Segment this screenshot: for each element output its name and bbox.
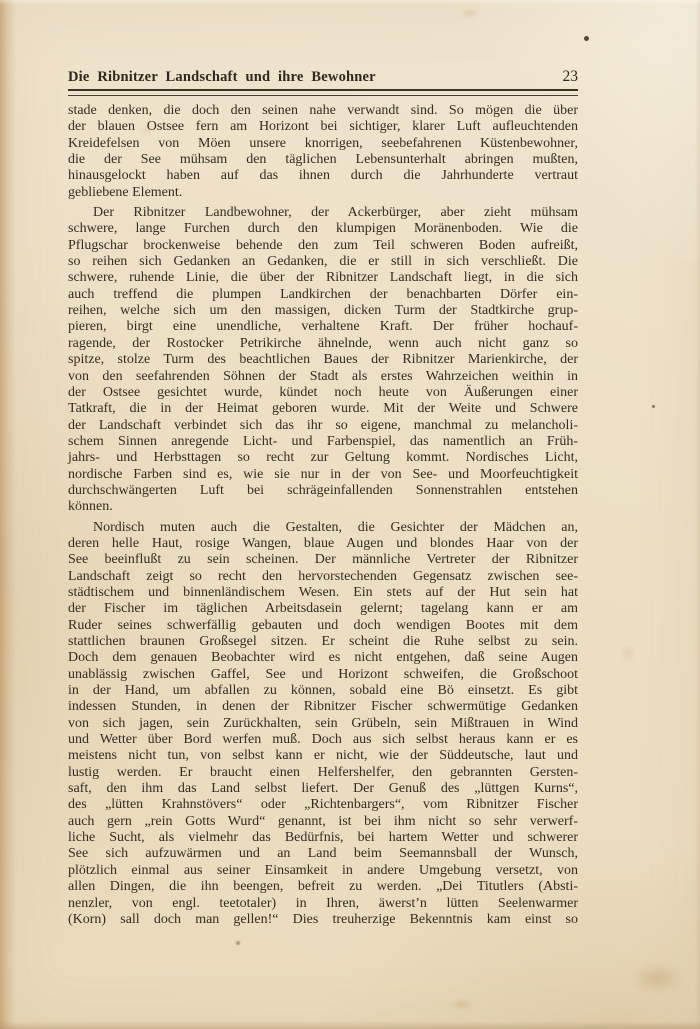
text-line: gebliebene Element. [68, 185, 578, 201]
text-line: auch gern „rein Gotts Wurd“ genannt, ist… [68, 814, 578, 830]
text-line: schem Sinnen anregende Licht- und Farben… [68, 434, 578, 450]
text-line: (Korn) sall doch man gellen!“ Dies treuh… [68, 912, 578, 928]
text-line: hinausgelockt haben auf das ihnen durch … [68, 168, 578, 184]
text-line: Nordisch muten auch die Gestalten, die G… [68, 520, 578, 536]
text-line: nenzler, von engl. teetotaler) in Ihren,… [68, 896, 578, 912]
paragraph: Der Ribnitzer Landbewohner, der Ackerbür… [68, 205, 578, 516]
text-line: der Fischer im täglichen Arbeitsdasein g… [68, 601, 578, 617]
text-line: saft, den ihm das Land selbst liefert. D… [68, 781, 578, 797]
page-number: 23 [563, 68, 579, 86]
text-line: können. [68, 499, 578, 515]
text-line: der blauen Ostsee fern am Horizont bei s… [68, 119, 578, 135]
text-line: die der See mühsam den täglichen Lebensu… [68, 152, 578, 168]
text-line: Landschaft zeigt so recht den hervorstec… [68, 569, 578, 585]
running-head: Die Ribnitzer Landschaft und ihre Bewohn… [68, 68, 578, 86]
text-line: allen Dingen, die ihn beengen, befreit z… [68, 879, 578, 895]
text-line: Ruder seines schwerfällig gebauten und d… [68, 618, 578, 634]
text-line: jahrs- und Herbsttagen so recht zur Gelt… [68, 450, 578, 466]
paragraph: stade denken, die doch den seinen nahe v… [68, 103, 578, 201]
paper-stain [450, 998, 474, 1011]
paper-stain [460, 8, 478, 18]
text-line: von sich jagen, sein Zurückhalten, sein … [68, 716, 578, 732]
text-line: der Landschaft verbindet sich das ihr so… [68, 418, 578, 434]
text-line: meistens nicht tun, von selbst kann er n… [68, 748, 578, 764]
text-line: so reihen sich Gedanken an Gedanken, die… [68, 254, 578, 270]
text-line: pieren, birgt eine unendliche, verhalten… [68, 319, 578, 335]
text-line: reihen, welche sich um den massigen, dic… [68, 303, 578, 319]
text-line: ragende, der Rostocker Petrikirche ähnel… [68, 336, 578, 352]
text-line: durchschwängerten Luft bei schrägeinfall… [68, 483, 578, 499]
text-line: Pflugschar brockenweise behende den zum … [68, 238, 578, 254]
text-line: spitze, stolze Turm des beachtlichen Bau… [68, 352, 578, 368]
text-line: indessen Stunden, in denen der Ribnitzer… [68, 699, 578, 715]
text-line: städtischem und binnenländischem Wesen. … [68, 585, 578, 601]
text-line: auch treffend die plumpen Landkirchen de… [68, 287, 578, 303]
text-line: nordische Farben sind es, wie sie nur in… [68, 467, 578, 483]
scanned-book-page: Die Ribnitzer Landschaft und ihre Bewohn… [0, 0, 700, 1029]
text-line: der Ostsee gesichtet wurde, kündet noch … [68, 385, 578, 401]
text-line: plötzlich einmal aus seiner Einsamkeit i… [68, 863, 578, 879]
header-rule-thick [68, 89, 578, 91]
ink-speck [652, 405, 655, 408]
text-line: lustig werden. Er braucht einen Helfersh… [68, 765, 578, 781]
paper-stain [630, 962, 684, 994]
text-line: des „lütten Krahnstövers“ oder „Richtenb… [68, 797, 578, 813]
text-line: See beeinflußt zu sein scheinen. Der män… [68, 552, 578, 568]
ink-speck [584, 36, 589, 41]
header-rule-thin [68, 95, 578, 96]
text-line: schwere, lange Furchen durch den klumpig… [68, 221, 578, 237]
text-line: und Wetter über Bord werfen muß. Doch au… [68, 732, 578, 748]
text-line: schwere, ruhende Linie, die über der Rib… [68, 270, 578, 286]
text-line: Der Ribnitzer Landbewohner, der Ackerbür… [68, 205, 578, 221]
text-line: Tatkraft, die in der Heimat geboren wurd… [68, 401, 578, 417]
text-line: von den seefahrenden Söhnen der Stadt al… [68, 369, 578, 385]
page-edge-top [0, 0, 700, 5]
paragraph: Nordisch muten auch die Gestalten, die G… [68, 520, 578, 929]
page-edge-right [695, 0, 700, 1029]
text-line: Kreidefelsen von Möen unsere knorrigen, … [68, 136, 578, 152]
body-text: stade denken, die doch den seinen nahe v… [68, 103, 578, 928]
text-line: stade denken, die doch den seinen nahe v… [68, 103, 578, 119]
ink-speck [236, 941, 240, 945]
text-line: deren helle Haut, rosige Wangen, blaue A… [68, 536, 578, 552]
paper-stain [620, 645, 636, 661]
page-title: Die Ribnitzer Landschaft und ihre Bewohn… [68, 69, 376, 86]
page-edge-left [0, 0, 16, 1029]
text-line: Doch dem genauen Beobachter wird es nich… [68, 650, 578, 666]
text-line: See sich aufzuwärmen und an Land beim Se… [68, 846, 578, 862]
text-line: liche Sucht, als vielmehr das Bedürfnis,… [68, 830, 578, 846]
text-line: unablässig zwischen Gaffel, See und Hori… [68, 667, 578, 683]
text-line: in der Hand, um abfallen zu können, soba… [68, 683, 578, 699]
text-line: stattlichen braunen Großsegel sitzen. Er… [68, 634, 578, 650]
page-edge-bottom [0, 1021, 700, 1029]
